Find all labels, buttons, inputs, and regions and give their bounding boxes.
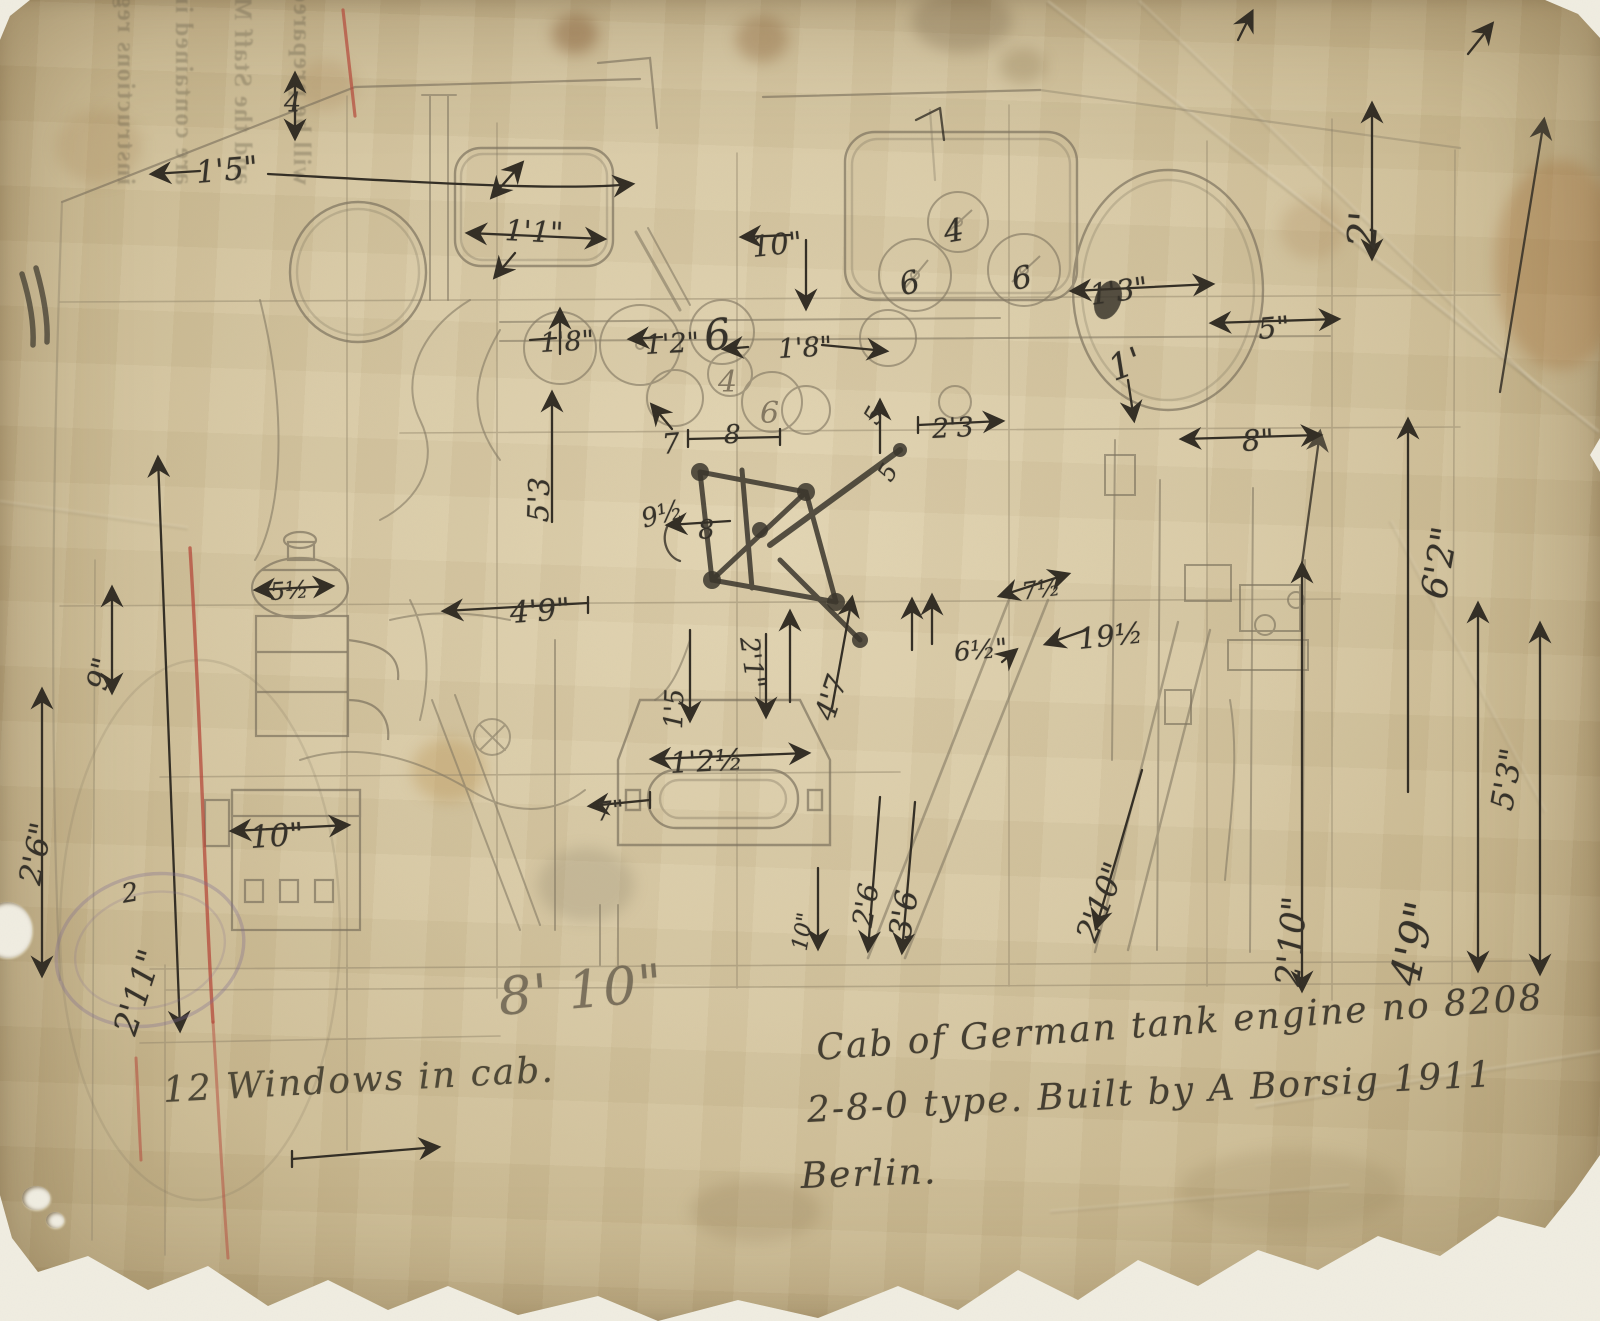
dimension-label: 7 xyxy=(661,427,682,461)
dimension-label: 10" xyxy=(249,816,305,856)
dimension-label: 1'2" xyxy=(644,327,700,361)
dimension-label: 2'3 xyxy=(931,412,974,445)
caption-line-3: Berlin. xyxy=(800,1151,938,1197)
cab-sketch-drawing xyxy=(0,0,1600,1321)
dimension-label: 8 xyxy=(697,515,716,546)
dimension-label: 19½ xyxy=(1076,615,1144,656)
dimension-label: 4 xyxy=(718,365,737,400)
dimension-label: 2'10" xyxy=(1268,895,1316,988)
scanned-sketch-page: will be prepared in manuscript.and the S… xyxy=(0,0,1600,1321)
dimension-label: 4'9" xyxy=(509,592,572,631)
dimension-label: 10" xyxy=(750,225,804,264)
dimension-label: 1'2½ xyxy=(669,742,744,780)
dimension-label: 5'3 xyxy=(521,477,557,523)
dimension-label: 7½ xyxy=(1020,573,1062,606)
dimension-label: 1'5" xyxy=(194,150,259,191)
dimension-label: 8" xyxy=(1241,422,1275,458)
dimension-label: 2' xyxy=(1339,210,1388,250)
dimension-label: 1'8" xyxy=(777,331,833,365)
dimension-label: 1'5 xyxy=(659,688,690,729)
dimension-label: 1'8" xyxy=(539,325,595,359)
dimension-label: 6 xyxy=(760,396,779,431)
dimension-label: 8 xyxy=(724,420,741,450)
dimension-label: 4 xyxy=(284,88,301,119)
dimension-label: 5" xyxy=(1257,309,1292,346)
dimension-label: 1'1" xyxy=(504,213,564,250)
dimension-label: 6½" xyxy=(953,633,1009,668)
dimension-label: 7" xyxy=(594,795,625,828)
dimension-label: 5½ xyxy=(269,575,309,606)
